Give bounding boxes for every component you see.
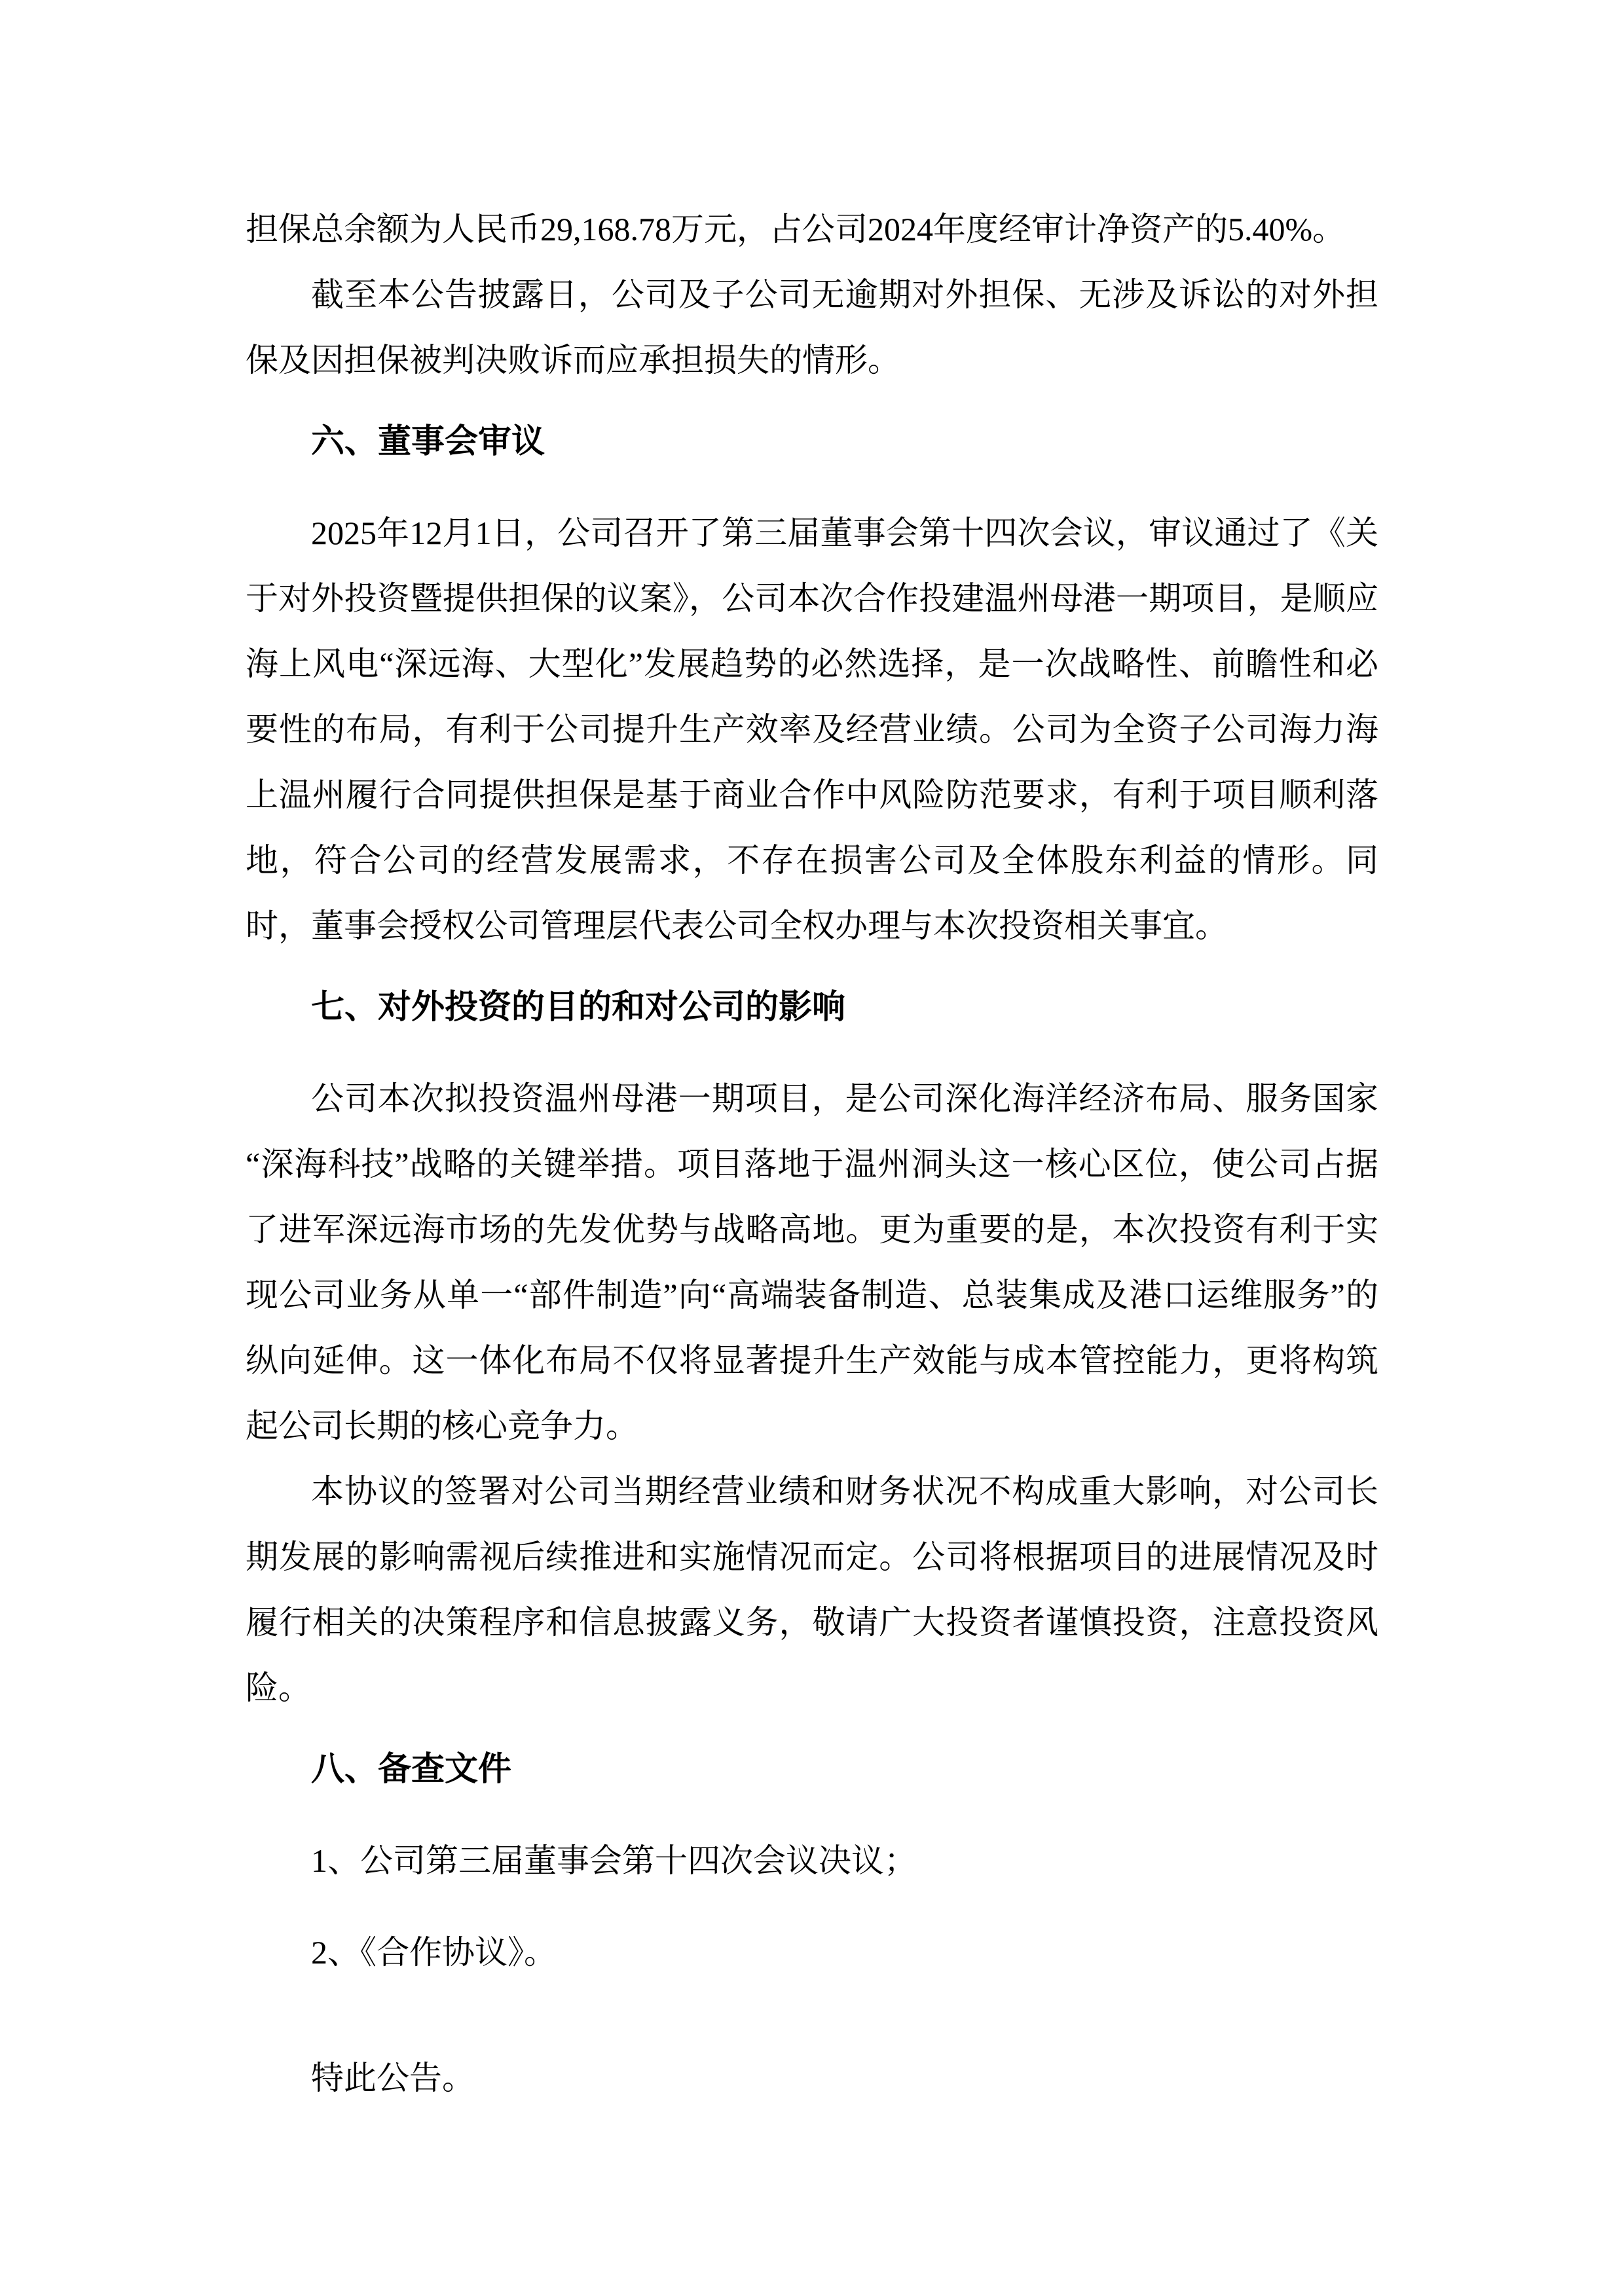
page-content: 担保总余额为人民币29,168.78万元，占公司2024年度经审计净资产的5.4… bbox=[246, 196, 1378, 2111]
paragraph-no-overdue-guarantee: 截至本公告披露日，公司及子公司无逾期对外担保、无涉及诉讼的对外担保及因担保被判决… bbox=[246, 262, 1378, 393]
announcement-page: 担保总余额为人民币29,168.78万元，占公司2024年度经审计净资产的5.4… bbox=[0, 0, 1624, 2296]
list-item-board-resolution: 1、公司第三届董事会第十四次会议决议； bbox=[246, 1828, 1378, 1893]
paragraph-risk-notice: 本协议的签署对公司当期经营业绩和财务状况不构成重大影响，对公司长期发展的影响需视… bbox=[246, 1459, 1378, 1721]
paragraph-guarantee-balance: 担保总余额为人民币29,168.78万元，占公司2024年度经审计净资产的5.4… bbox=[246, 196, 1378, 262]
paragraph-closing-announcement: 特此公告。 bbox=[246, 2045, 1378, 2111]
paragraph-investment-purpose: 公司本次拟投资温州母港一期项目，是公司深化海洋经济布局、服务国家“深海科技”战略… bbox=[246, 1066, 1378, 1459]
section-heading-reference-documents: 八、备查文件 bbox=[246, 1736, 1378, 1802]
list-item-cooperation-agreement: 2、《合作协议》。 bbox=[246, 1920, 1378, 1985]
section-heading-investment-purpose: 七、对外投资的目的和对公司的影响 bbox=[246, 974, 1378, 1040]
section-heading-board-review: 六、董事会审议 bbox=[246, 409, 1378, 474]
paragraph-board-review: 2025年12月1日，公司召开了第三届董事会第十四次会议，审议通过了《关于对外投… bbox=[246, 500, 1378, 958]
